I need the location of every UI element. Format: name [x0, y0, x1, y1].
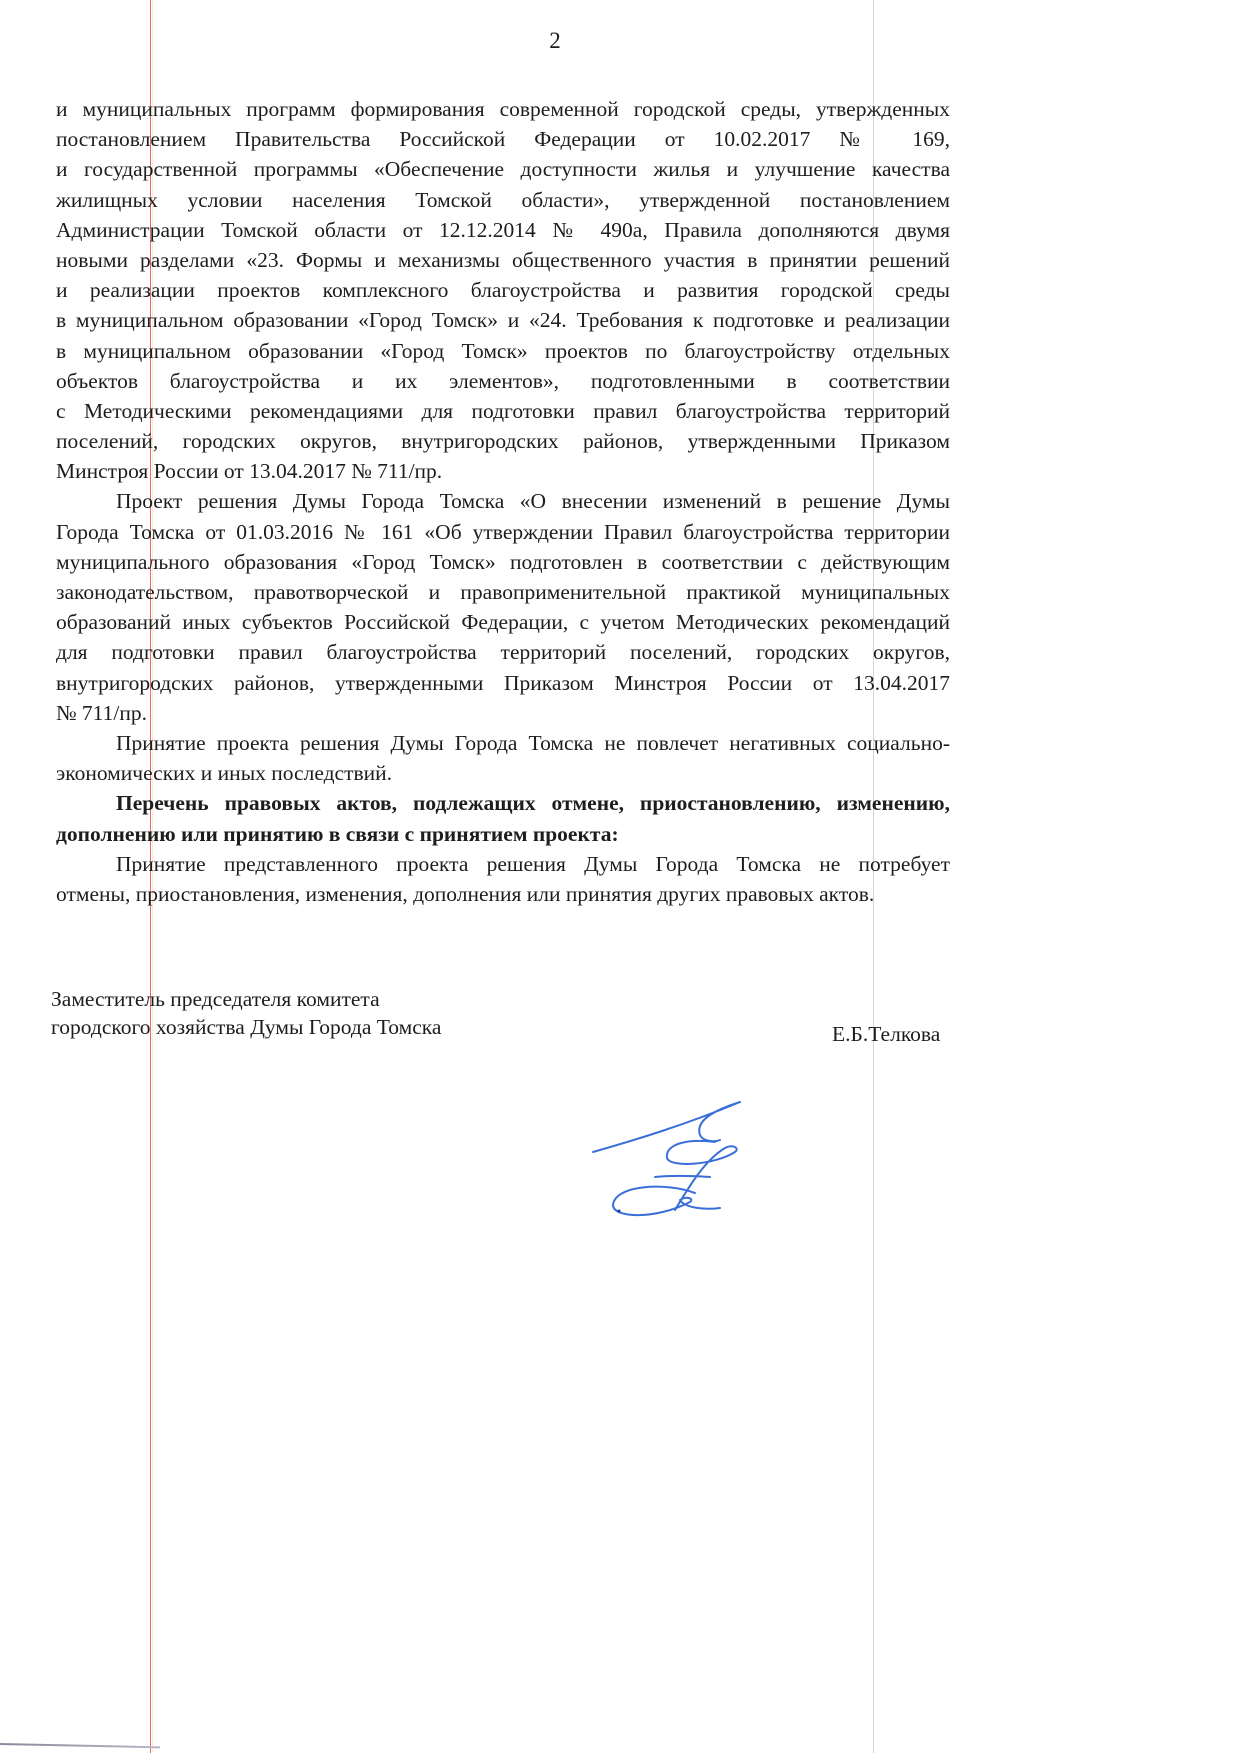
text-line: объектов благоустройства и их элементов»…	[56, 366, 950, 396]
text-line: с Методическими рекомендациями для подго…	[56, 396, 950, 426]
text-line: экономических и иных последствий.	[56, 758, 950, 788]
paragraph-1: и муниципальных программ формирования со…	[56, 94, 950, 486]
document-body: и муниципальных программ формирования со…	[56, 94, 950, 909]
text-line: Минстроя России от 13.04.2017 № 711/пр.	[56, 456, 950, 486]
text-line: Принятие проекта решения Думы Города Том…	[56, 728, 950, 758]
text-line: новыми разделами «23. Формы и механизмы …	[56, 245, 950, 275]
signatory-name: Е.Б.Телкова	[832, 1022, 940, 1047]
heading-line: Перечень правовых актов, подлежащих отме…	[56, 788, 950, 818]
page-number: 2	[0, 28, 1110, 54]
text-line: для подготовки правил благоустройства те…	[56, 637, 950, 667]
paragraph-2: Проект решения Думы Города Томска «О вне…	[56, 486, 950, 728]
text-line: и муниципальных программ формирования со…	[56, 94, 950, 124]
position-line: городского хозяйства Думы Города Томска	[51, 1013, 441, 1041]
text-line: в муниципальном образовании «Город Томск…	[56, 305, 950, 335]
text-line: муниципального образования «Город Томск»…	[56, 547, 950, 577]
text-line: и государственной программы «Обеспечение…	[56, 154, 950, 184]
text-line: Администрации Томской области от 12.12.2…	[56, 215, 950, 245]
text-line: образований иных субъектов Российской Фе…	[56, 607, 950, 637]
signatory-position: Заместитель председателя комитета городс…	[51, 985, 441, 1041]
scan-artifact-bottom-streak	[0, 1743, 160, 1748]
text-line: внутригородских районов, утвержденными П…	[56, 668, 950, 698]
text-line: в муниципальном образовании «Город Томск…	[56, 336, 950, 366]
text-line: Проект решения Думы Города Томска «О вне…	[56, 486, 950, 516]
text-line: Принятие представленного проекта решения…	[56, 849, 950, 879]
paragraph-4: Принятие представленного проекта решения…	[56, 849, 950, 909]
text-line: и реализации проектов комплексного благо…	[56, 275, 950, 305]
text-line: № 711/пр.	[56, 698, 950, 728]
text-line: жилищных условии населения Томской облас…	[56, 185, 950, 215]
paragraph-3: Принятие проекта решения Думы Города Том…	[56, 728, 950, 788]
heading-line: дополнению или принятию в связи с принят…	[56, 819, 950, 849]
text-line: отмены, приостановления, изменения, допо…	[56, 879, 950, 909]
text-line: поселений, городских округов, внутригоро…	[56, 426, 950, 456]
text-line: законодательством, правотворческой и пра…	[56, 577, 950, 607]
text-line: Города Томска от 01.03.2016 № 161 «Об ут…	[56, 517, 950, 547]
handwritten-signature-icon	[575, 1090, 755, 1220]
text-line: постановлением Правительства Российской …	[56, 124, 950, 154]
position-line: Заместитель председателя комитета	[51, 985, 441, 1013]
section-heading: Перечень правовых актов, подлежащих отме…	[56, 788, 950, 848]
